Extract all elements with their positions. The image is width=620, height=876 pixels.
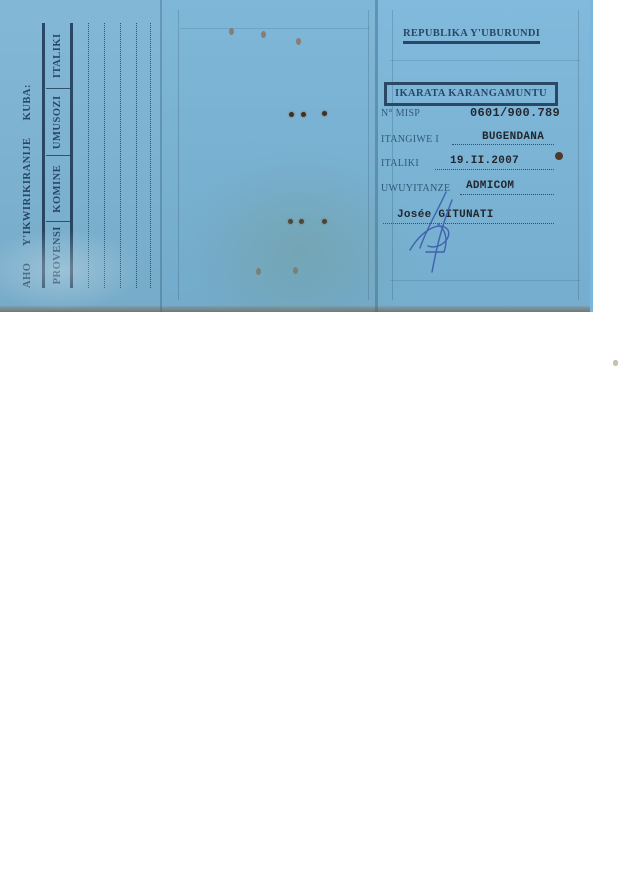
field-label-italiki: ITALIKI xyxy=(381,158,419,169)
rust-spot xyxy=(256,268,261,275)
guide-line xyxy=(178,10,179,300)
fill-line xyxy=(452,144,554,145)
middle-panel xyxy=(160,0,377,312)
table-header: PROVENSI KOMINE UMUSOZI ITALIKI xyxy=(46,23,70,288)
field-label-misp: N° MISP xyxy=(381,108,420,119)
field-value-italiki: 19.II.2007 xyxy=(450,155,519,167)
field-value-misp: 0601/900.789 xyxy=(470,106,560,120)
staple-hole xyxy=(289,112,294,117)
staple-hole xyxy=(299,219,304,224)
field-value-itangiwe: BUGENDANA xyxy=(482,131,544,143)
staple-hole xyxy=(322,219,327,224)
table-title: AHO Y'IKWIRIKIRANIJE KUBA: xyxy=(22,3,33,298)
col-komine: KOMINE xyxy=(46,155,70,222)
table-grid: PROVENSI KOMINE UMUSOZI ITALIKI xyxy=(42,23,150,288)
rust-spot xyxy=(293,267,298,274)
field-value-uwuyitanze: ADMICOM xyxy=(466,180,514,192)
signature-icon xyxy=(408,190,468,280)
table-row xyxy=(150,23,151,288)
rust-spot xyxy=(229,28,234,35)
rust-spot xyxy=(296,38,301,45)
col-provensi: PROVENSI xyxy=(46,222,70,289)
guide-line xyxy=(392,10,393,300)
card-edge-wear xyxy=(0,306,590,312)
issuing-country: REPUBLIKA Y'UBURUNDI xyxy=(403,28,540,39)
staple-hole xyxy=(322,111,327,116)
table-row xyxy=(88,23,89,288)
col-umusozi: UMUSOZI xyxy=(46,89,70,156)
heading-underline xyxy=(403,41,540,44)
guide-line xyxy=(368,10,369,300)
scan-speck xyxy=(613,360,618,366)
ink-blot xyxy=(555,152,563,160)
residence-history-table: AHO Y'IKWIRIKIRANIJE KUBA: PROVENSI KOMI… xyxy=(22,13,157,298)
table-row xyxy=(104,23,105,288)
guide-line xyxy=(390,60,580,61)
guide-line xyxy=(578,10,579,300)
rust-spot xyxy=(261,31,266,38)
field-label-itangiwe: ITANGIWE I xyxy=(381,134,439,145)
identity-card: AHO Y'IKWIRIKIRANIJE KUBA: PROVENSI KOMI… xyxy=(0,0,590,312)
fill-line xyxy=(435,169,554,170)
guide-line xyxy=(390,280,580,281)
guide-line xyxy=(180,28,370,29)
fill-line xyxy=(460,194,554,195)
staple-hole xyxy=(288,219,293,224)
col-italiki: ITALIKI xyxy=(46,23,70,89)
table-row xyxy=(120,23,121,288)
staple-hole xyxy=(301,112,306,117)
card-title: IKARATA KARANGAMUNTU xyxy=(384,82,558,106)
table-row xyxy=(136,23,137,288)
